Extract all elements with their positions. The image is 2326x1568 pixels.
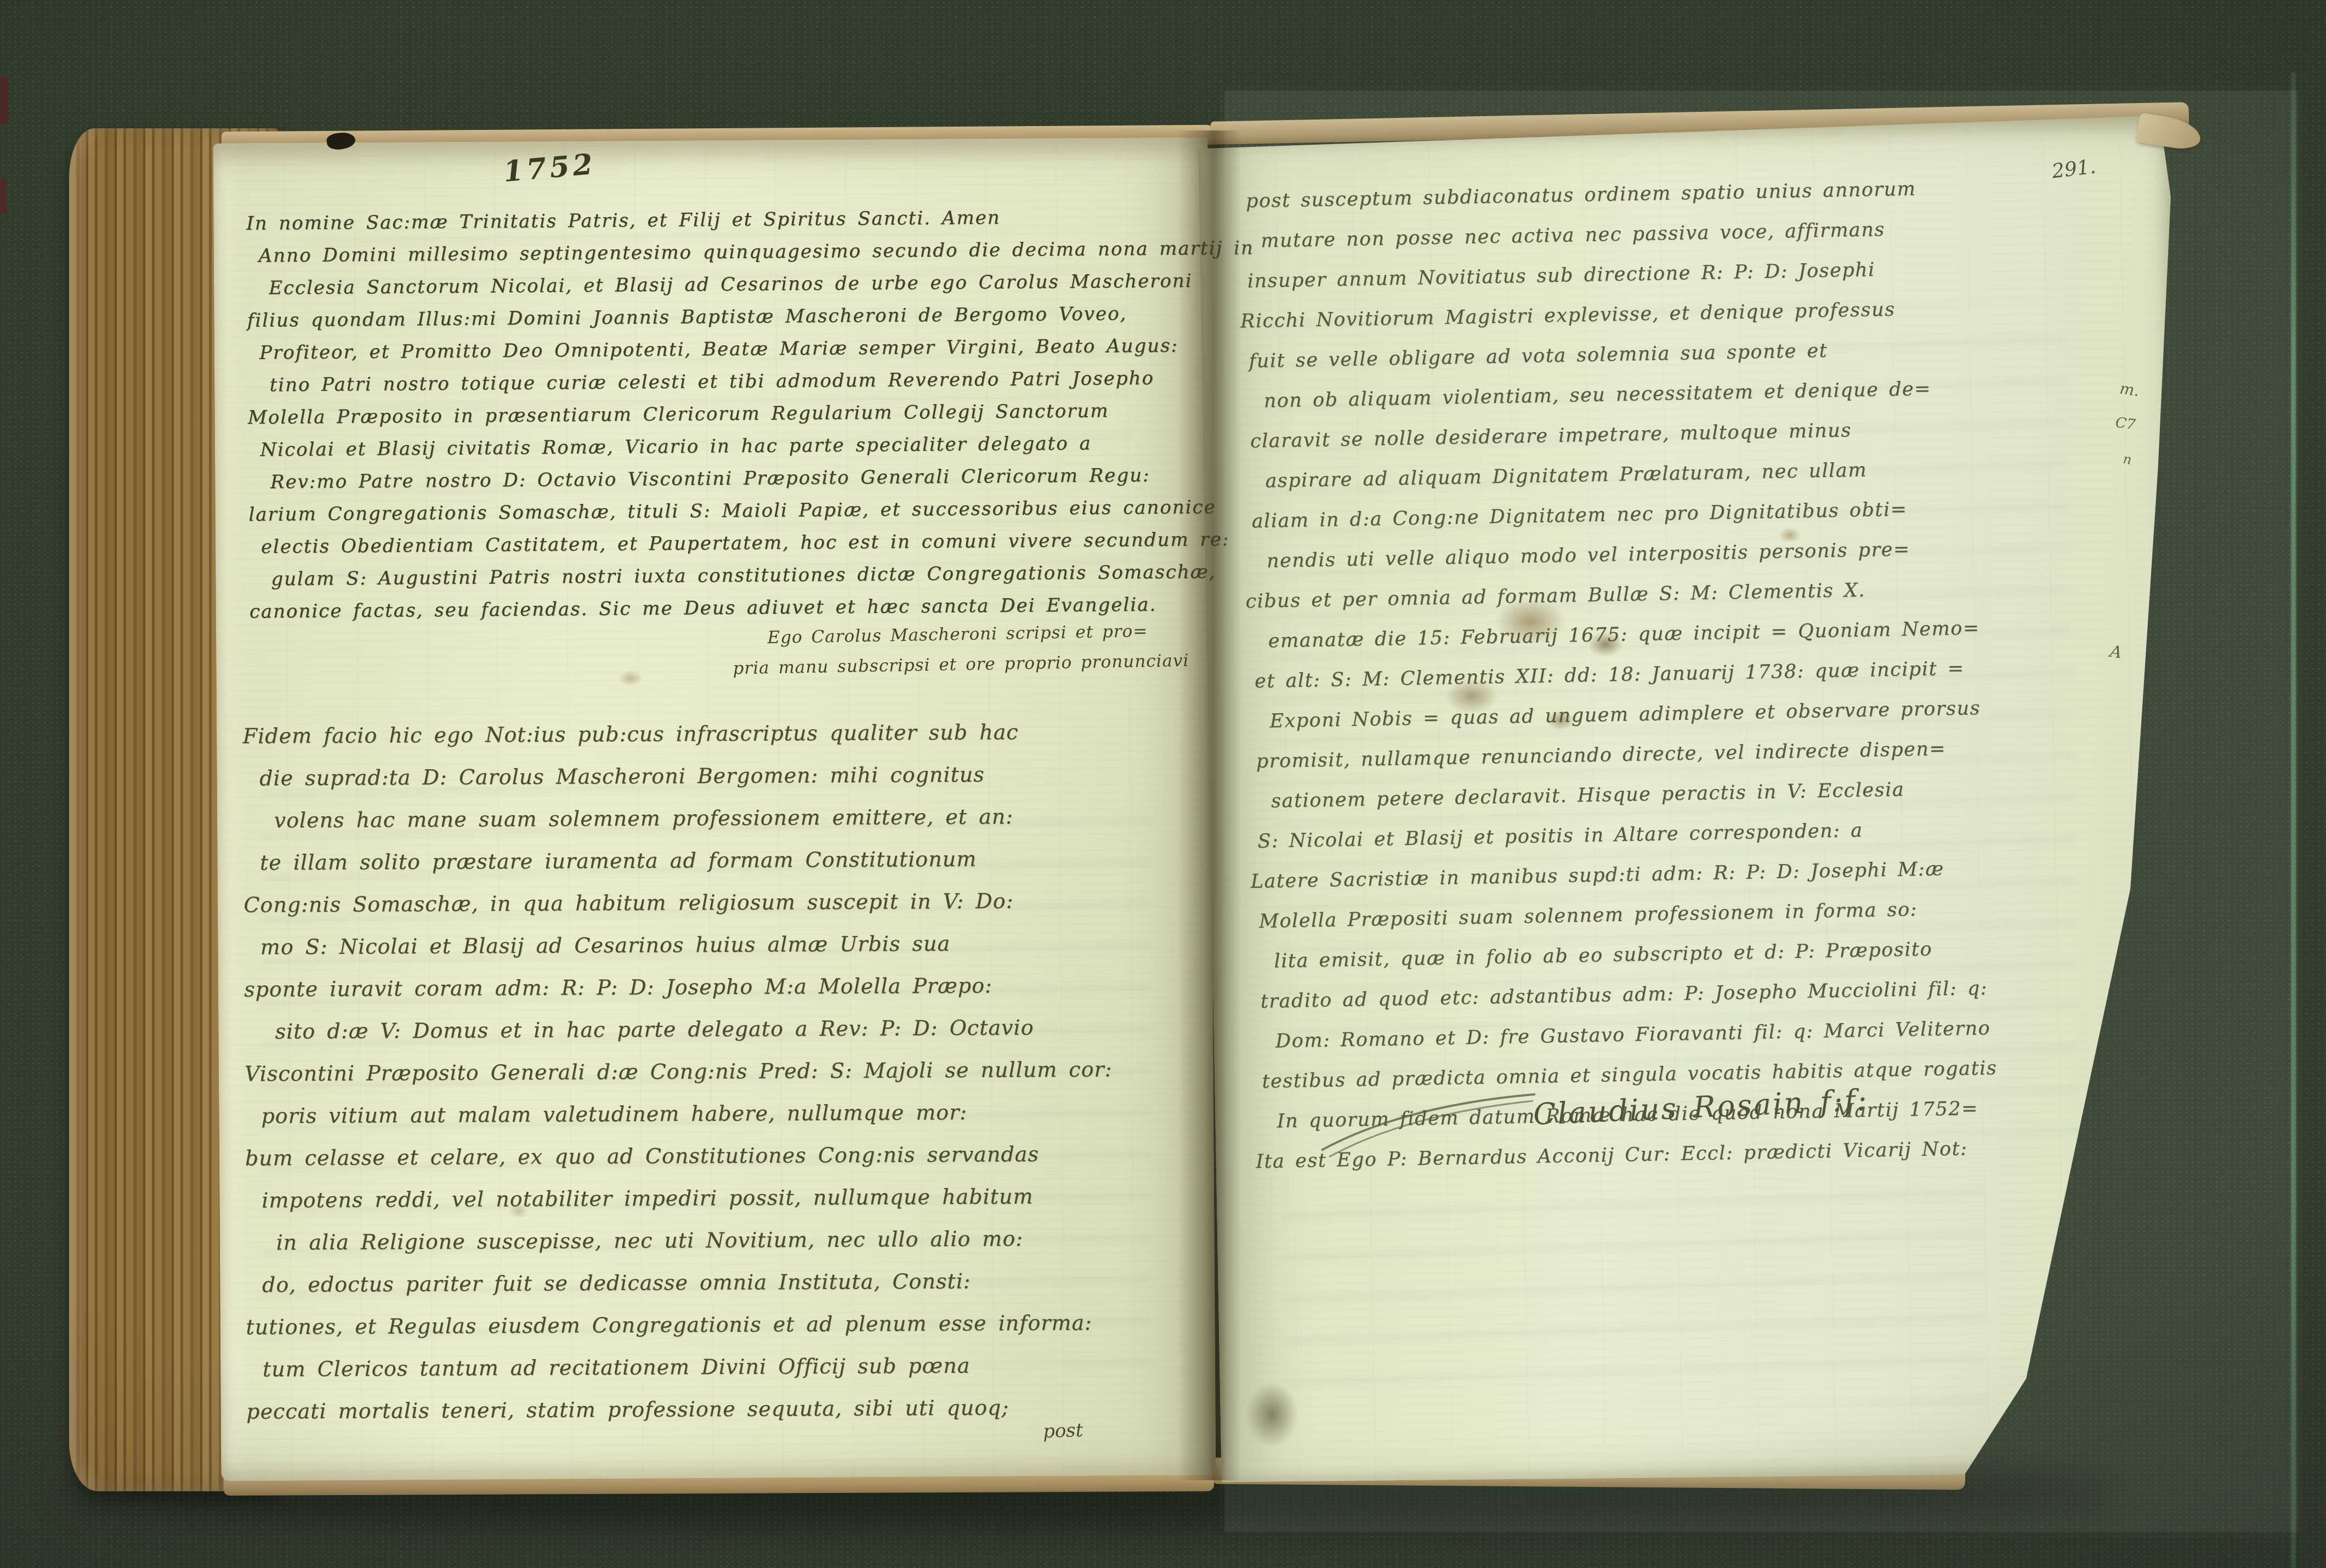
protective-film-edge (2291, 72, 2296, 1568)
manuscript-line: die suprad:ta D: Carolus Mascheroni Berg… (259, 752, 1202, 799)
manuscript-line: tum Clericos tantum ad recitationem Divi… (263, 1343, 1206, 1390)
protective-film-sheet (1224, 91, 2298, 1532)
manuscript-line: Fidem facio hic ego Not:ius pub:cus infr… (243, 710, 1202, 757)
manuscript-line: bum celasse et celare, ex quo ad Constit… (245, 1132, 1205, 1179)
manuscript-line: sito d:æ V: Domus et in hac parte delega… (275, 1005, 1204, 1053)
manuscript-line: volens hac mane suam solemnem profession… (274, 794, 1202, 842)
manuscript-line: tutiones, et Regulas eiusdem Congregatio… (246, 1301, 1205, 1348)
left-page-attestation-text: Fidem facio hic ego Not:ius pub:cus infr… (243, 710, 1206, 1433)
photo-edge-artifact (0, 179, 7, 214)
manuscript-line: sponte iuravit coram adm: R: P: D: Josep… (244, 963, 1204, 1010)
manuscript-line: impotens reddi, vel notabiliter impediri… (262, 1174, 1205, 1222)
manuscript-line: in alia Religione suscepisse, nec uti No… (276, 1217, 1205, 1264)
manuscript-line: Viscontini Præposito Generali d:æ Cong:n… (245, 1048, 1204, 1095)
manuscript-line: do, edoctus pariter fuit se dedicasse om… (262, 1259, 1205, 1306)
manuscript-line: te illam solito præstare iuramenta ad fo… (260, 837, 1203, 884)
photograph-of-open-manuscript: 1752 291. In nomine Sac:mæ Trinitatis Pa… (0, 0, 2326, 1568)
manuscript-line: Cong:nis Somaschæ, in qua habitum religi… (243, 879, 1203, 926)
catchword: post (1042, 1419, 1083, 1443)
photo-edge-artifact (0, 77, 9, 124)
manuscript-line: poris vitium aut malam valetudinem haber… (261, 1090, 1204, 1137)
left-page-profession-text: In nomine Sac:mæ Trinitatis Patris, et F… (246, 200, 1204, 628)
manuscript-line: mo S: Nicolai et Blasij ad Cesarinos hui… (260, 921, 1204, 968)
